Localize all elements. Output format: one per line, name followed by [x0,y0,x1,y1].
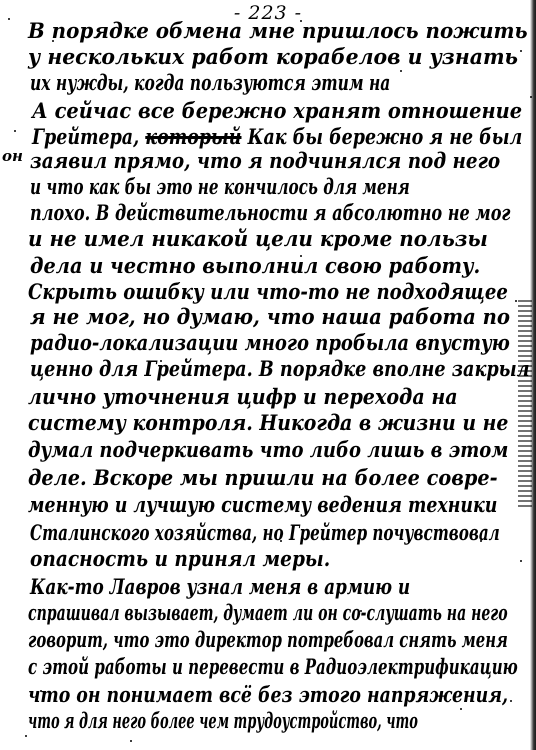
scan-noise-dot [52,40,54,42]
scan-noise-dot [360,610,362,612]
handwritten-line: систему контроля. Никогда в жизни и не [28,410,508,436]
scan-noise-dot [470,235,472,237]
scan-noise-dot [160,360,162,362]
handwritten-line: их нужды, когда пользуются этим на [30,70,390,96]
scan-noise-dot [460,708,462,710]
scan-noise-dot [530,96,532,98]
handwritten-line: с этой работы и перевести в Радиоэлектри… [28,654,518,680]
handwritten-line: плохо. В действительности я абсолютно не… [30,200,511,226]
handwritten-line: что я для него более чем трудоустройство… [28,708,418,734]
scan-edge-smudge [518,300,532,510]
handwritten-line: Скрыть ошибку или что-то не подходящее [28,279,508,305]
handwritten-line: Сталинского хозяйства, но Грейтер почувс… [30,520,500,546]
handwritten-line: деле. Вскоре мы пришли на более совре- [28,465,498,491]
handwritten-line: дела и честно выполнил свою работу. [30,253,480,279]
line-text: Грейтера, [32,124,145,149]
scan-noise-dot [480,540,482,542]
handwritten-line: Как-то Лавров узнал меня в армию и [30,574,410,600]
scan-noise-dot [510,700,512,702]
line-text-continued: Как бы бережно я не был [241,124,522,149]
handwritten-line: ценно для Грейтера. В порядке вполне зак… [30,356,530,382]
handwritten-line: у нескольких работ корабелов и узнать [28,44,518,70]
scan-noise-dot [340,428,342,430]
handwritten-line: я не мог, но думаю, что наша работа по [30,304,510,330]
scan-noise-dot [515,300,517,302]
struck-word: который [145,124,241,149]
scan-noise-dot [520,560,522,562]
handwritten-line: спрашивал вызывает, думает ли он со-слуш… [28,600,508,626]
handwritten-line: А сейчас все бережно хранят отношение [32,98,522,124]
scan-noise-dot [240,188,242,190]
handwritten-line: и что как бы это не кончилось для меня [30,174,410,200]
handwritten-line: заявил прямо, что я подчинялся под него [30,148,500,174]
handwritten-line: В порядке обмена мне пришлось пожить [28,18,528,44]
handwritten-line: что он понимает всё без этого напряжения… [28,682,508,708]
scan-noise-dot [280,540,282,542]
scan-noise-dot [14,130,16,132]
scan-noise-dot [520,50,522,52]
handwritten-line: радио-локализации много пробыла впустую [30,330,510,356]
scan-noise-dot [400,70,402,72]
handwritten-line: думал подчеркивать что либо лишь в этом [28,437,508,463]
scan-noise-dot [25,735,27,737]
scan-noise-dot [8,18,10,20]
handwritten-line: менную и лучшую систему ведения техники [28,492,497,518]
scan-noise-dot [300,20,302,22]
handwritten-line: Грейтера, который Как бы бережно я не бы… [32,124,522,150]
scan-noise-dot [60,700,62,702]
handwritten-line: говорит, что это директор потребовал сня… [28,627,508,653]
handwritten-line: опасность и принял меры. [30,546,330,572]
handwritten-line: лично уточнения цифр и перехода на [28,384,458,410]
scan-noise-dot [300,255,302,257]
scan-noise-dot [40,690,42,692]
margin-note: он [2,147,23,165]
scan-noise-dot [130,740,132,742]
manuscript-page: - 223 - он В порядке обмена мне пришлось… [0,0,536,750]
scan-noise-dot [200,296,202,298]
handwritten-line: и не имел никакой цели кроме пользы [28,226,488,252]
scan-noise-dot [470,452,472,454]
